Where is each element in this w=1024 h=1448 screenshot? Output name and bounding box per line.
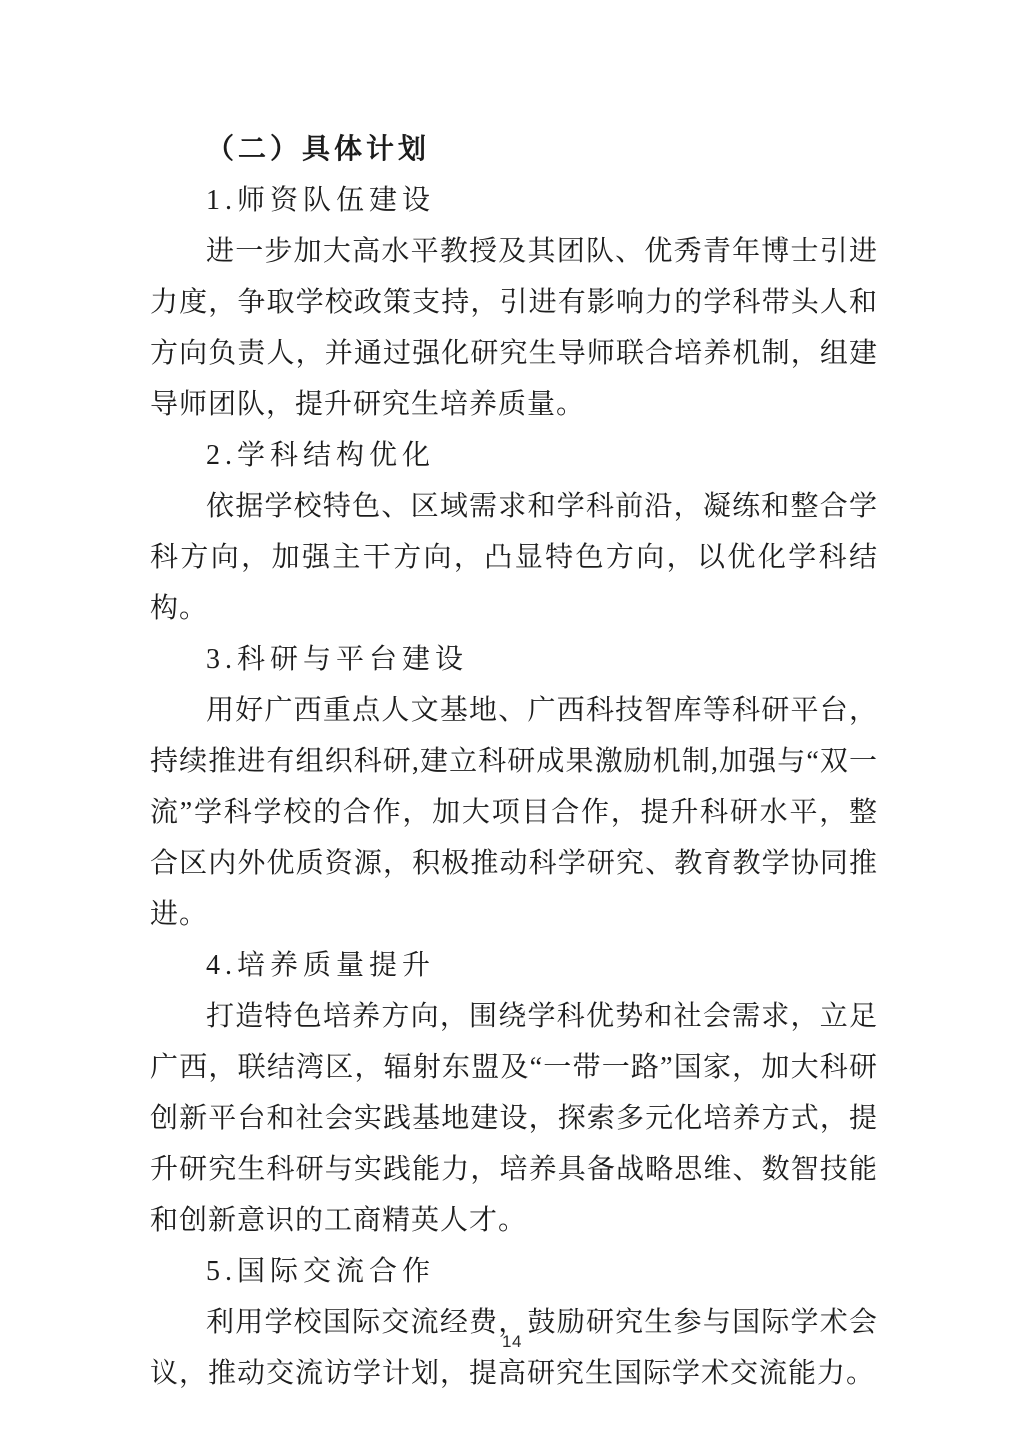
paragraph-training: 打造特色培养方向，围绕学科优势和社会需求，立足广西，联结湾区，辐射东盟及“一带一…	[150, 991, 878, 1246]
paragraph-discipline: 依据学校特色、区域需求和学科前沿，凝练和整合学科方向，加强主干方向，凸显特色方向…	[150, 481, 878, 634]
page-number: 14	[502, 1332, 522, 1351]
paragraph-teachers: 进一步加大高水平教授及其团队、优秀青年博士引进力度，争取学校政策支持，引进有影响…	[150, 226, 878, 430]
subheading-3: 3.科研与平台建设	[150, 634, 878, 685]
subheading-1: 1.师资队伍建设	[150, 175, 878, 226]
document-page: （二）具体计划 1.师资队伍建设 进一步加大高水平教授及其团队、优秀青年博士引进…	[0, 0, 1024, 1448]
subheading-4: 4.培养质量提升	[150, 940, 878, 991]
paragraph-research: 用好广西重点人文基地、广西科技智库等科研平台，持续推进有组织科研,建立科研成果激…	[150, 685, 878, 940]
page-footer: 14	[0, 1332, 1024, 1352]
section-heading: （二）具体计划	[150, 124, 878, 175]
subheading-2: 2.学科结构优化	[150, 430, 878, 481]
subheading-5: 5.国际交流合作	[150, 1246, 878, 1297]
